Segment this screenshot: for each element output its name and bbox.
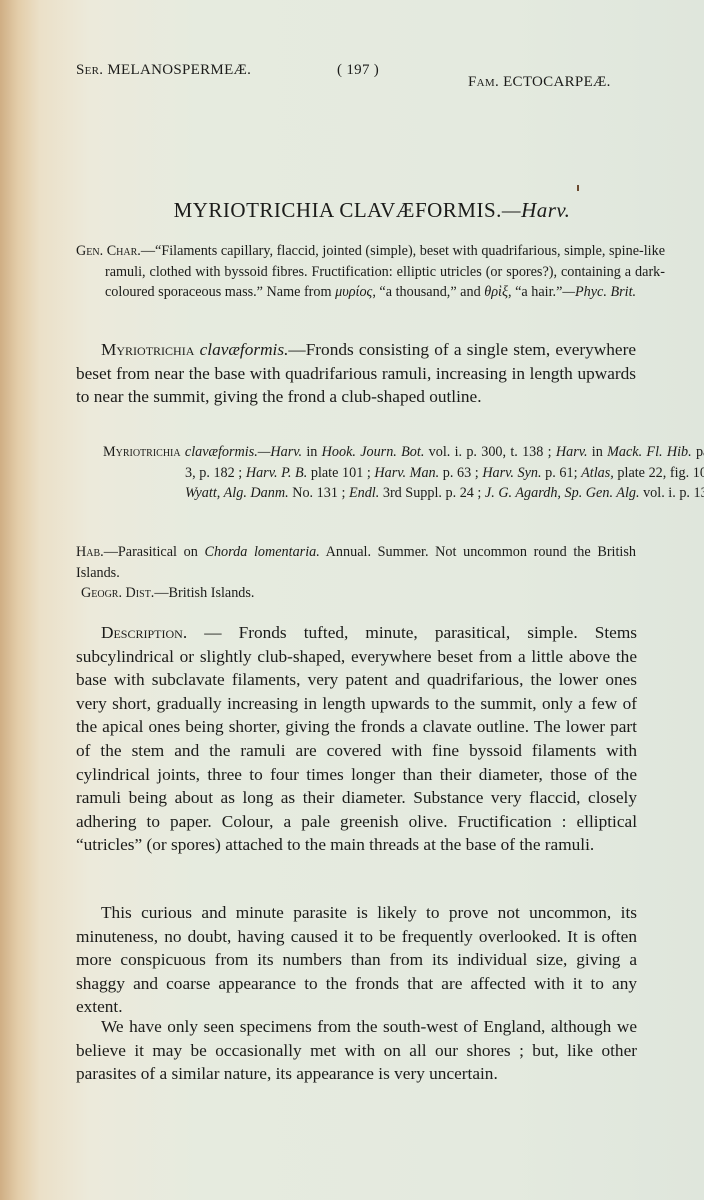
ref-work: Alg. Danm. <box>220 485 288 501</box>
ref-text: plate 22, fig. 101; <box>614 465 704 481</box>
genus-name: Myriotrichia <box>101 340 194 359</box>
ref-text: in <box>302 444 322 460</box>
species-title-authority: —Harv. <box>502 198 571 222</box>
running-head-family: Fam. ECTOCARPEÆ. <box>468 74 611 91</box>
ref-text: No. 131 ; <box>289 485 349 501</box>
geography-text: —British Islands. <box>154 585 254 601</box>
geography-label: Geogr. Dist. <box>81 585 154 601</box>
geographic-distribution: Geogr. Dist.—British Islands. <box>81 583 641 604</box>
description-text: — Fronds tufted, minute, parasitical, si… <box>76 623 637 854</box>
ref-text: p. 61; <box>542 465 582 481</box>
habitat: Hab.—Parasitical on Chorda lomentaria. A… <box>76 542 636 583</box>
page-number: ( 197 ) <box>337 62 379 79</box>
specific-character: Myriotrichia clavæformis.—Fronds consist… <box>76 338 636 409</box>
habitat-label: Hab. <box>76 544 104 560</box>
family-label: Fam. <box>468 74 499 90</box>
ref-author: Harv. <box>556 444 588 460</box>
ref-work: Harv. Man. <box>374 465 439 481</box>
series-name: MELANOSPERMEÆ. <box>107 62 251 78</box>
ref-author: Wyatt, <box>185 485 220 501</box>
synonymy-references: Myriotrichia clavæformis.—Harv. in Hook.… <box>103 442 704 504</box>
species-title: MYRIOTRICHIA CLAVÆFORMIS.—Harv. <box>0 198 704 223</box>
description: Description. — Fronds tufted, minute, pa… <box>76 621 637 857</box>
gen-char-text: , “a thousand,” and <box>372 284 484 300</box>
species-title-text: MYRIOTRICHIA CLAVÆFORMIS. <box>174 198 502 222</box>
family-name: ECTOCARPEÆ. <box>503 74 611 90</box>
ref-work: Harv. Syn. <box>482 465 541 481</box>
ref-work: J. G. Agardh, Sp. Gen. Alg. <box>485 485 640 501</box>
generic-character: Gen. Char.—“Filaments capillary, flaccid… <box>76 241 665 303</box>
remarks-paragraph-2: We have only seen specimens from the sou… <box>76 1015 637 1086</box>
ref-text: 3rd Suppl. p. 24 ; <box>379 485 485 501</box>
ref-work: Hook. Journ. Bot. <box>322 444 425 460</box>
gen-char-label: Gen. Char. <box>76 243 141 259</box>
ref-text: vol. i. p. 300, t. 138 ; <box>424 444 555 460</box>
ref-text: plate 101 ; <box>307 465 374 481</box>
remarks-paragraph-1: This curious and minute parasite is like… <box>76 901 637 1019</box>
gen-char-source: —Phyc. Brit. <box>562 284 636 300</box>
series-label: Ser. <box>76 62 103 78</box>
ref-work: Atlas, <box>581 465 614 481</box>
ref-text: p. 63 ; <box>439 465 482 481</box>
habitat-text: —Parasitical on <box>104 544 205 560</box>
species-name: clavæformis. <box>200 340 289 359</box>
ref-species: clavæformis. <box>185 444 258 460</box>
greek-word-thousand: μυρίος <box>335 284 372 300</box>
greek-word-hair: θρὶξ <box>484 284 508 300</box>
book-page: Ser. MELANOSPERMEÆ. ( 197 ) Fam. ECTOCAR… <box>0 0 704 1200</box>
description-label: Description. <box>101 623 187 642</box>
host-species: Chorda lomentaria. <box>204 544 319 560</box>
running-head-series: Ser. MELANOSPERMEÆ. <box>76 62 251 79</box>
gen-char-text: , “a hair.” <box>508 284 562 300</box>
ref-genus: Myriotrichia <box>103 444 181 460</box>
ref-text: vol. i. p. 13. <box>640 485 704 501</box>
ref-work: Harv. P. B. <box>246 465 307 481</box>
ref-author: Endl. <box>349 485 379 501</box>
ref-text: in <box>588 444 608 460</box>
ref-author: —Harv. <box>258 444 302 460</box>
paper-speck <box>577 185 579 191</box>
ref-work: Mack. Fl. Hib. <box>607 444 692 460</box>
